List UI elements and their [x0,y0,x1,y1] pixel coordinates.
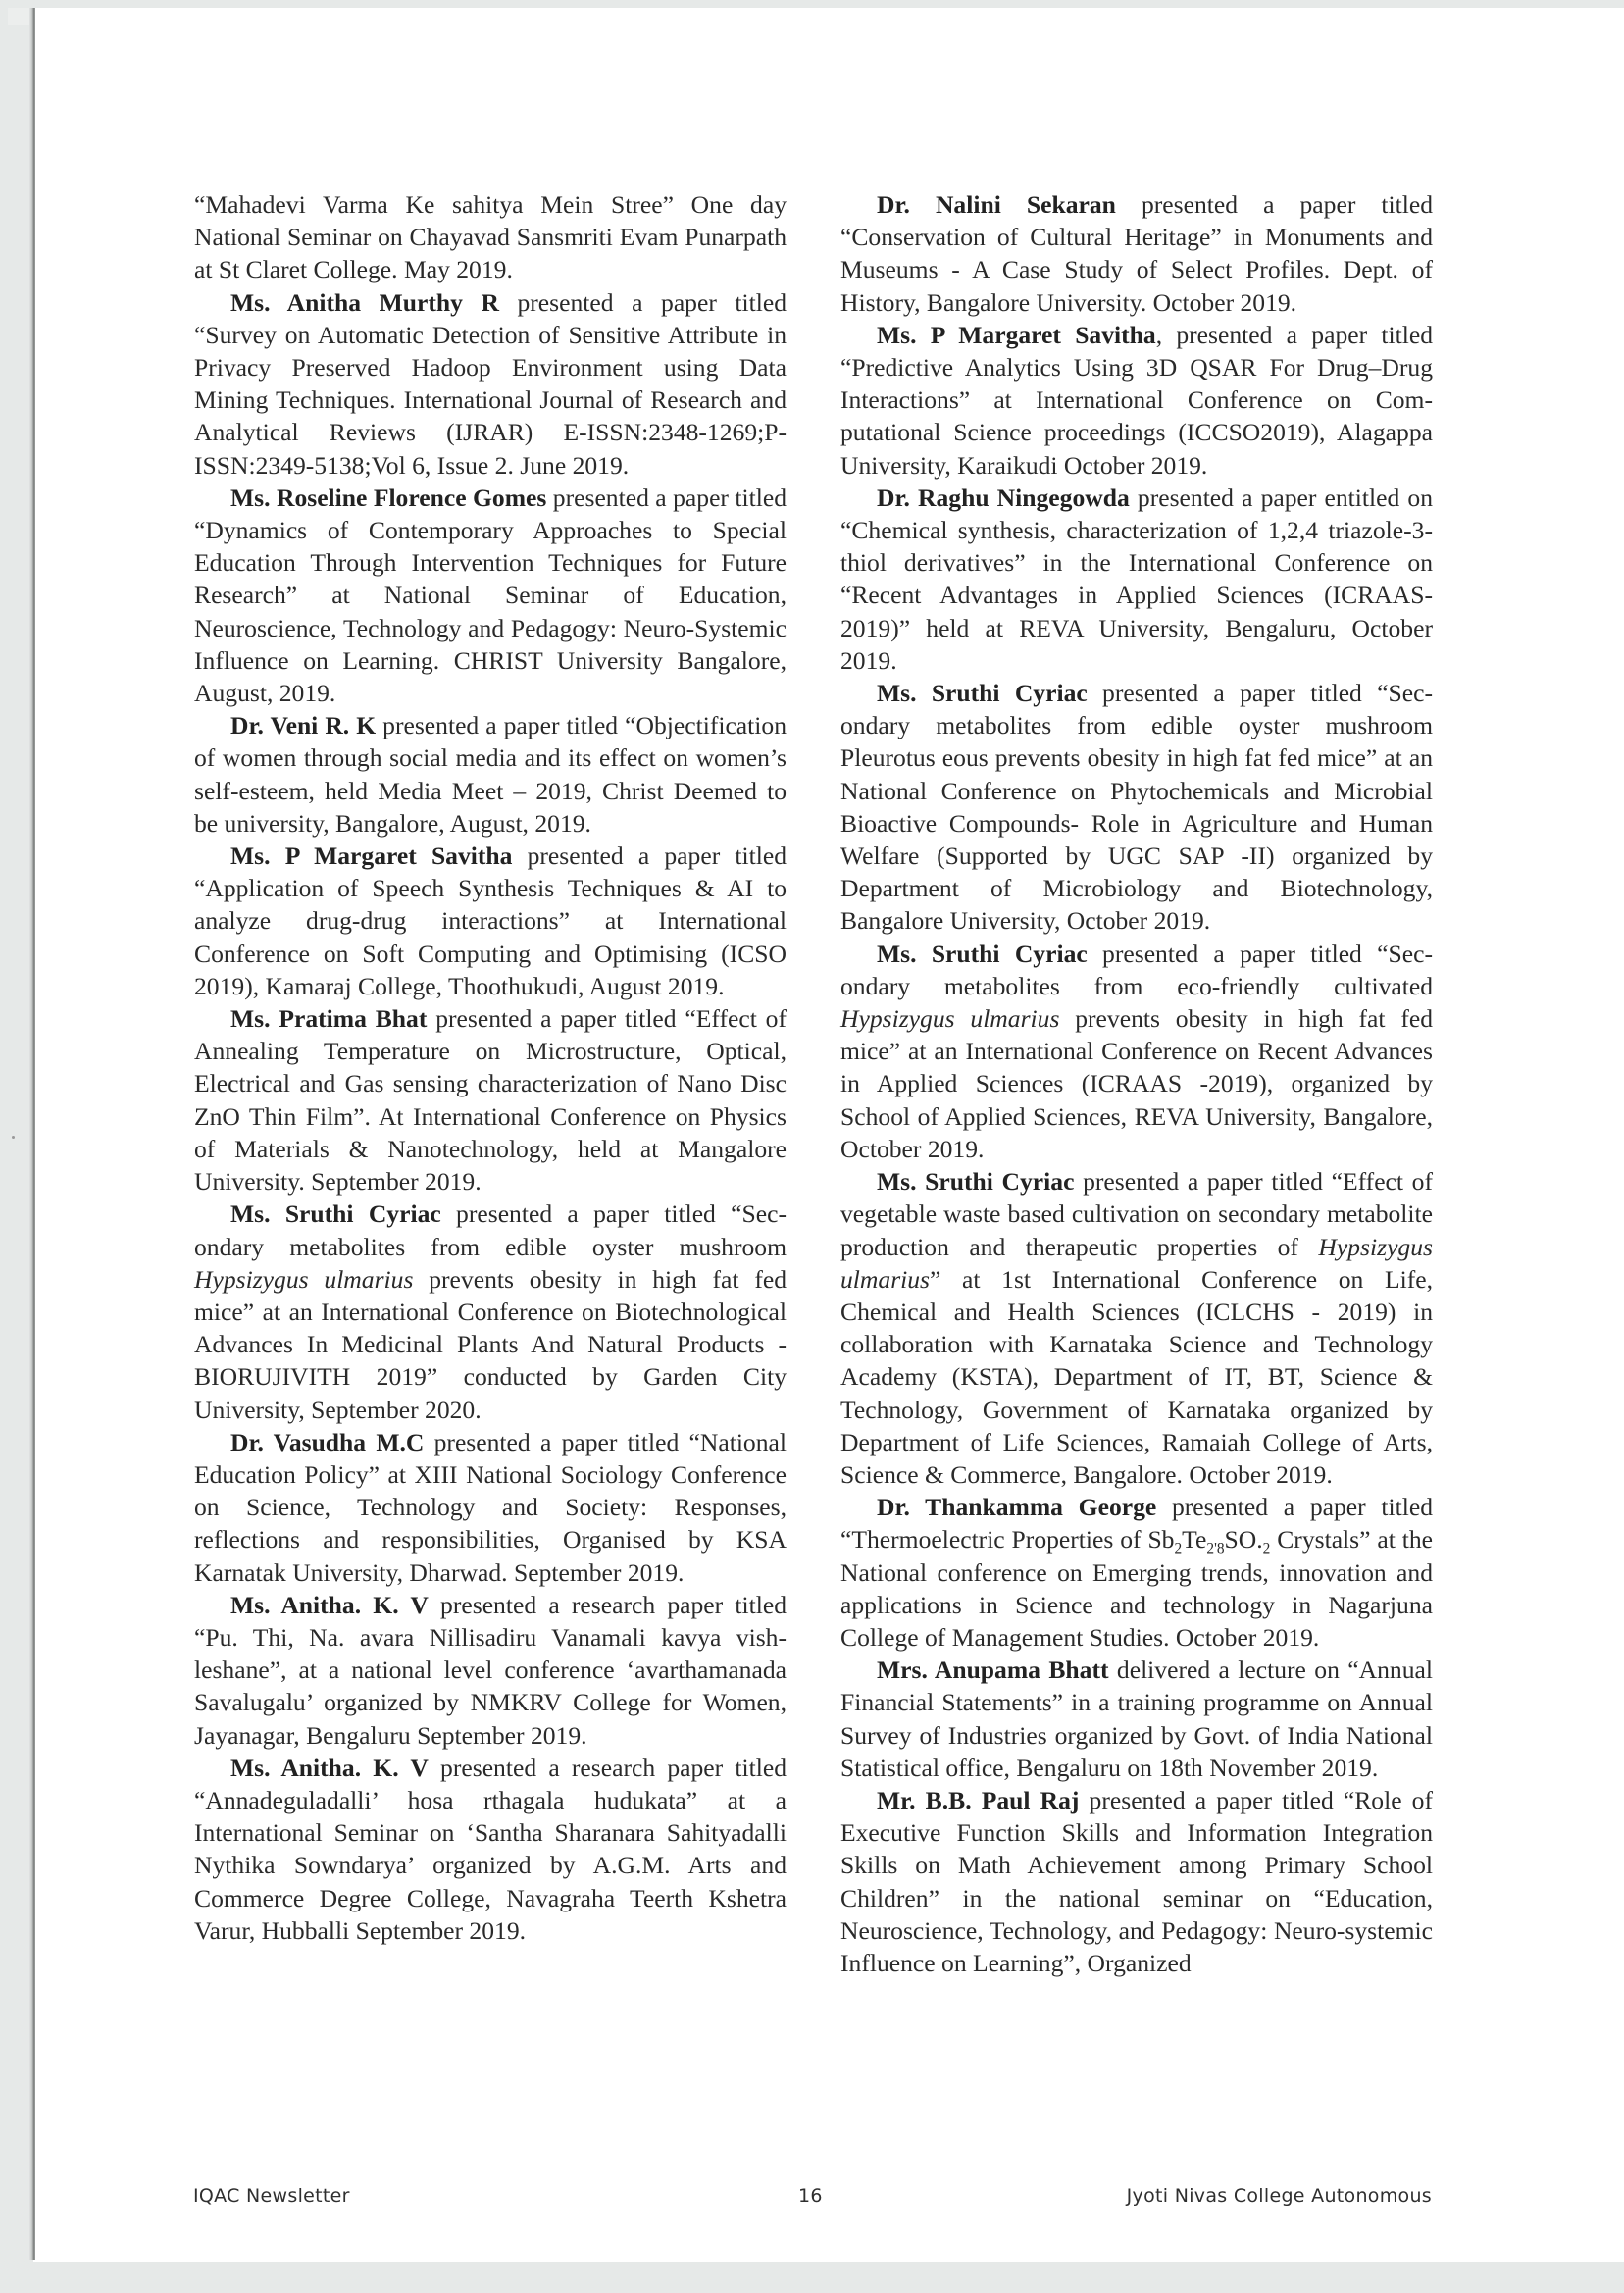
entry-text: presented a paper titled “Role of Execut… [840,1786,1433,1977]
presenter-name: Ms. Anitha Murthy R [230,288,499,317]
entry: Ms. Anitha. K. V presented a research pa… [194,1589,787,1752]
right-column: Dr. Nalini Sekaran presented a paper tit… [840,188,1433,1979]
entry-text: presented a paper titled “Ef­fect of Ann… [194,1004,787,1196]
presenter-name: Ms. Anitha. K. V [230,1754,429,1782]
entry: Mr. B.B. Paul Raj presented a paper titl… [840,1784,1433,1979]
presenter-name: Dr. Nalini Sekaran [877,190,1116,219]
presenter-name: Ms. Sruthi Cyriac [230,1199,441,1228]
footer-page-number: 16 [798,2185,823,2207]
entry: Ms. Sruthi Cyriac presented a paper titl… [840,677,1433,938]
entry: Ms. Roseline Florence Gomes presented a … [194,482,787,709]
entry-text: ” at 1st International Confer­ence on Li… [840,1265,1433,1489]
footer-publication-name: IQAC Newsletter [193,2185,350,2207]
presenter-name: Ms. P Margaret Savitha [877,321,1156,349]
entry: Ms. Pratima Bhat presented a paper title… [194,1002,787,1197]
entry: Mrs. Anupama Bhatt delivered a lecture o… [840,1654,1433,1784]
entry-text: presented a paper titled “Sec­ondary met… [840,679,1433,935]
entry: Ms. Anitha. K. V presented a research pa… [194,1752,787,1947]
entry: Ms. Sruthi Cyriac presented a paper titl… [194,1197,787,1425]
presenter-name: Ms. Pratima Bhat [230,1004,427,1033]
footer-institution-name: Jyoti Nivas College Autonomous [1098,2185,1432,2207]
entry: Dr. Nalini Sekaran presented a paper tit… [840,188,1433,319]
presenter-name: Ms. P Margaret Savitha [230,841,512,870]
entry-continuation: “Mahadevi Varma Ke sahitya Mein Stree” O… [194,188,787,286]
scan-binding-edge [29,8,35,2260]
entry-text: presented a paper titled “Dynamics of Co… [194,484,787,707]
entry: Dr. Veni R. K presented a paper titled “… [194,709,787,840]
entry-text: “Mahadevi Varma Ke sahitya Mein Stree” O… [194,190,787,283]
presenter-name: Dr. Thankamma George [877,1493,1156,1521]
species-name: Hypsizygus ulmarius [194,1265,413,1294]
entry-text: presented a paper en­titled on “Chemical… [840,484,1433,675]
scan-speck [12,1136,15,1139]
presenter-name: Mr. B.B. Paul Raj [877,1786,1079,1814]
entry: Ms. Sruthi Cyriac presented a paper titl… [840,1165,1433,1491]
entry: Dr. Thankamma George presented a paper t… [840,1491,1433,1654]
presenter-name: Dr. Raghu Ningegowda [877,484,1130,512]
presenter-name: Ms. Sruthi Cyriac [877,679,1088,707]
entry: Ms. Sruthi Cyriac presented a paper titl… [840,938,1433,1165]
presenter-name: Ms. Sruthi Cyriac [877,940,1088,968]
presenter-name: Dr. Vasudha M.C [230,1428,424,1456]
entry-text: presented a research paper ti­tled “Anna… [194,1754,787,1945]
left-column: “Mahadevi Varma Ke sahitya Mein Stree” O… [194,188,787,1947]
entry: Dr. Vasudha M.C presented a paper titled… [194,1426,787,1589]
chemical-formula: Sb2Te2'8SO.2 [1147,1525,1270,1554]
entry: Ms. P Margaret Savitha, presented a pape… [840,319,1433,482]
presenter-name: Mrs. Anupama Bhatt [877,1656,1109,1684]
species-name: Hypsizygus ulmarius [840,1004,1059,1033]
presenter-name: Ms. Sruthi Cyriac [877,1167,1074,1196]
presenter-name: Ms. Anitha. K. V [230,1591,429,1619]
entry: Ms. Anitha Murthy R presented a paper ti… [194,286,787,482]
presenter-name: Dr. Veni R. K [230,711,376,739]
presenter-name: Ms. Roseline Florence Gomes [230,484,546,512]
entry: Dr. Raghu Ningegowda presented a paper e… [840,482,1433,677]
entry: Ms. P Margaret Savitha presented a paper… [194,840,787,1002]
